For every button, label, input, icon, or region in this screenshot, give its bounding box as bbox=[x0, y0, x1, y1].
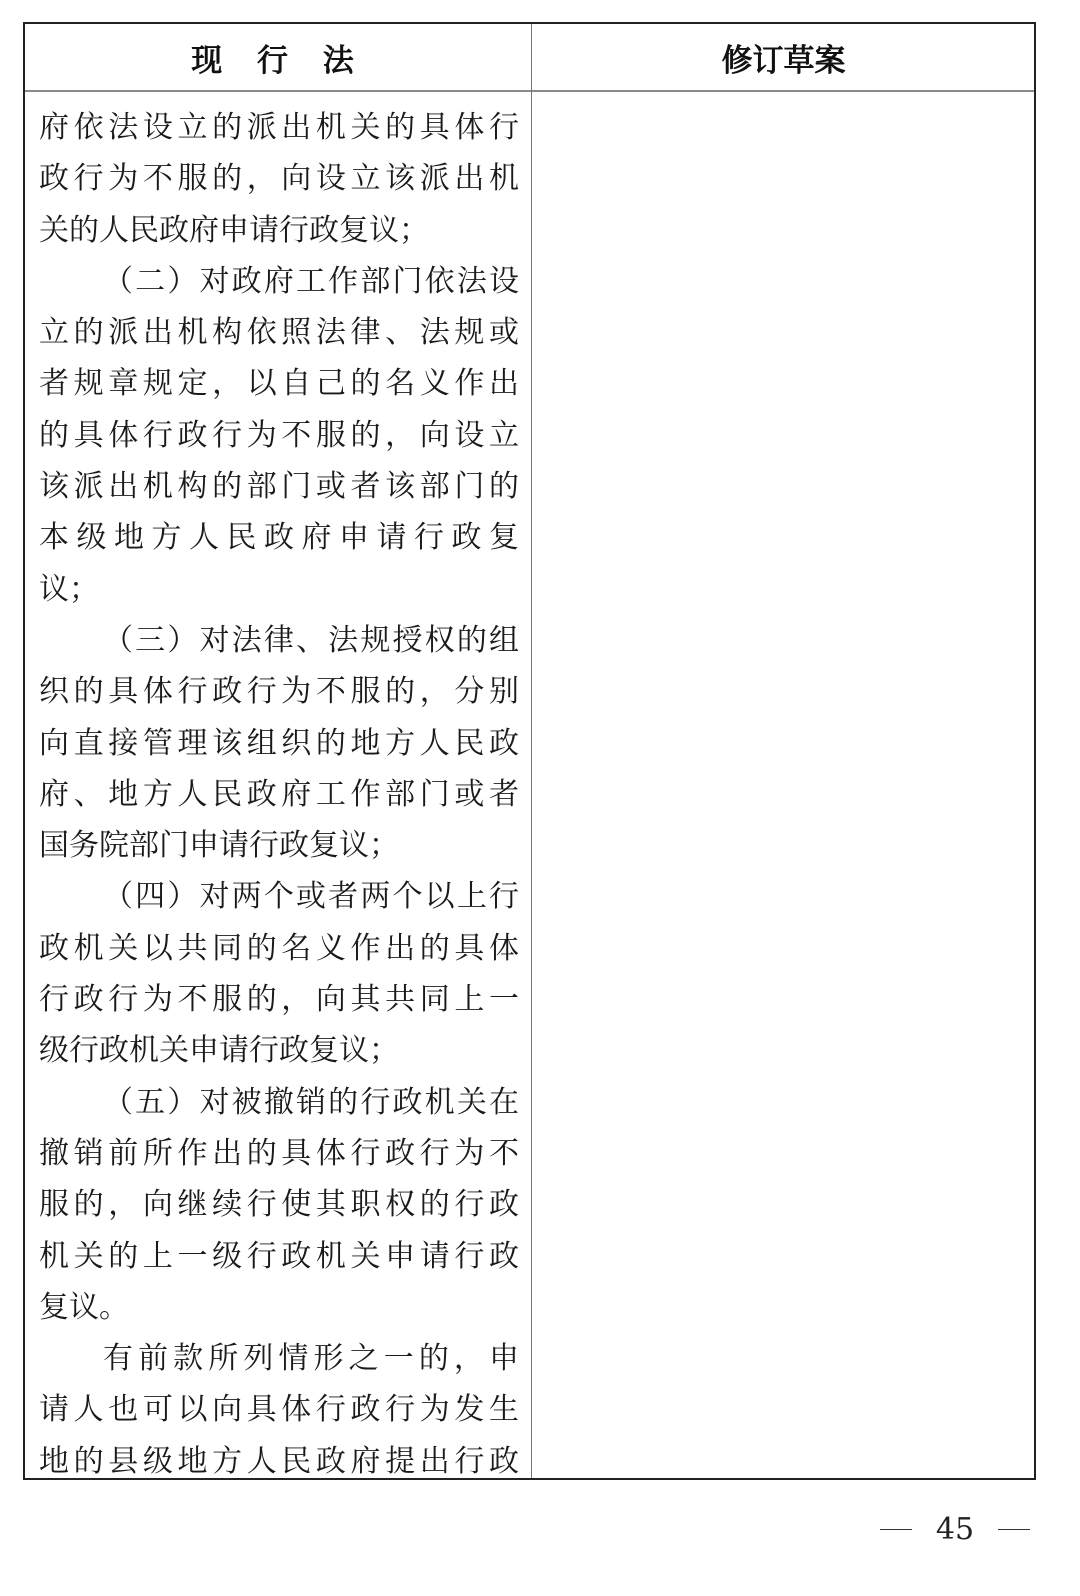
text-line: 府依法设立的派出机关的具体行 bbox=[39, 102, 519, 153]
text-line: 服的，向继续行使其职权的行政 bbox=[39, 1179, 519, 1230]
text-line: 有前款所列情形之一的，申 bbox=[39, 1333, 519, 1384]
text-line: 立的派出机构依照法律、法规或 bbox=[39, 307, 519, 358]
text-line: 撤销前所作出的具体行政行为不 bbox=[39, 1128, 519, 1179]
text-line: 府、地方人民政府工作部门或者 bbox=[39, 769, 519, 820]
text-line: （二）对政府工作部门依法设 bbox=[39, 256, 519, 307]
text-line: （三）对法律、法规授权的组 bbox=[39, 615, 519, 666]
text-line: 级行政机关申请行政复议； bbox=[39, 1025, 519, 1076]
text-line: 政机关以共同的名义作出的具体 bbox=[39, 923, 519, 974]
text-line: 织的具体行政行为不服的，分别 bbox=[39, 666, 519, 717]
text-line: （五）对被撤销的行政机关在 bbox=[39, 1077, 519, 1128]
header-current-law: 现 行 法 bbox=[25, 24, 532, 90]
text-line: 者规章规定，以自己的名义作出 bbox=[39, 358, 519, 409]
text-line: 本级地方人民政府申请行政复 bbox=[39, 512, 519, 563]
text-line: 地的县级地方人民政府提出行政 bbox=[39, 1436, 519, 1487]
text-line: 向直接管理该组织的地方人民政 bbox=[39, 718, 519, 769]
text-line: 的具体行政行为不服的，向设立 bbox=[39, 410, 519, 461]
table-header-row: 现 行 法 修订草案 bbox=[25, 24, 1034, 92]
text-line: 行政行为不服的，向其共同上一 bbox=[39, 974, 519, 1025]
dash-left bbox=[880, 1529, 912, 1531]
header-revision-draft: 修订草案 bbox=[532, 24, 1035, 90]
text-line: 机关的上一级行政机关申请行政 bbox=[39, 1231, 519, 1282]
current-law-column: 府依法设立的派出机关的具体行政行为不服的，向设立该派出机关的人民政府申请行政复议… bbox=[39, 102, 519, 1487]
text-line: 该派出机构的部门或者该部门的 bbox=[39, 461, 519, 512]
text-line: 国务院部门申请行政复议； bbox=[39, 820, 519, 871]
text-line: （四）对两个或者两个以上行 bbox=[39, 871, 519, 922]
page-number-footer: 45 bbox=[880, 1512, 1030, 1547]
dash-right bbox=[998, 1529, 1030, 1531]
text-line: 复议。 bbox=[39, 1282, 519, 1333]
comparison-table: 现 行 法 修订草案 府依法设立的派出机关的具体行政行为不服的，向设立该派出机关… bbox=[23, 22, 1036, 1480]
text-line: 议； bbox=[39, 564, 519, 615]
column-divider bbox=[531, 24, 532, 1478]
text-line: 关的人民政府申请行政复议； bbox=[39, 205, 519, 256]
page-number: 45 bbox=[936, 1512, 974, 1547]
text-line: 请人也可以向具体行政行为发生 bbox=[39, 1384, 519, 1435]
text-line: 政行为不服的，向设立该派出机 bbox=[39, 153, 519, 204]
